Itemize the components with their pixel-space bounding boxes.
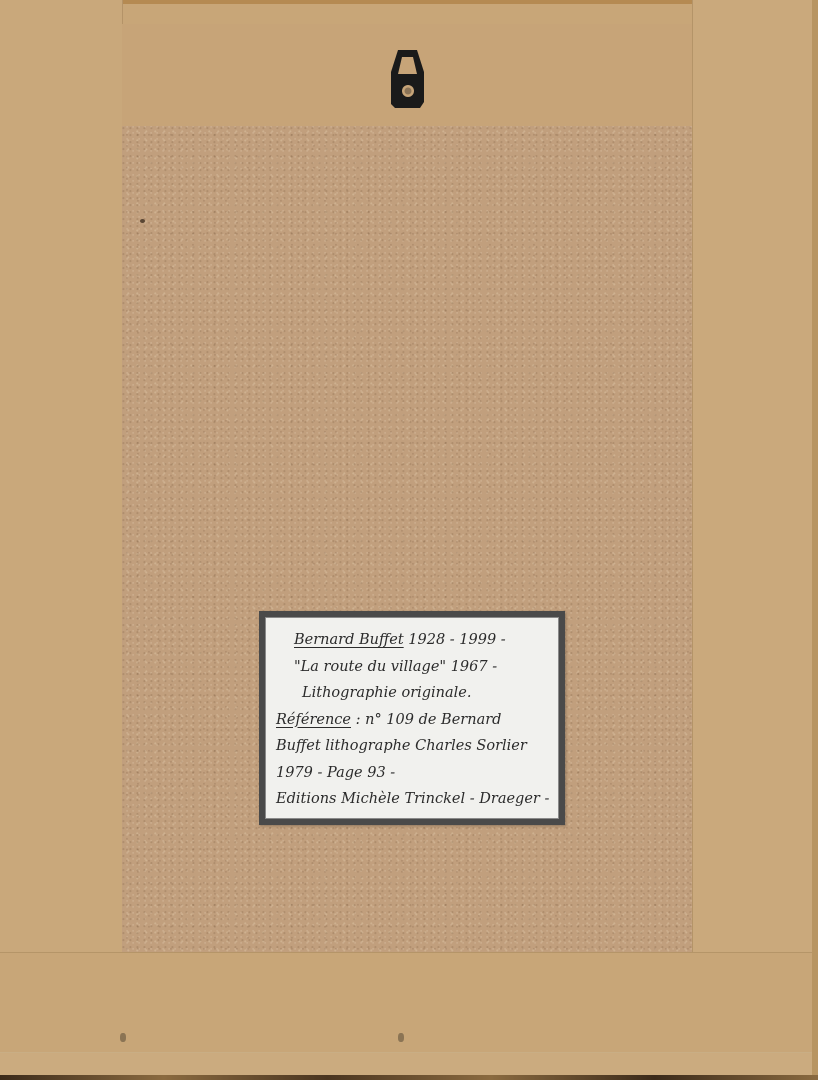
label-line-title: "La route du village" 1967 - bbox=[276, 654, 548, 681]
tape-strip-left bbox=[0, 0, 123, 1080]
tape-strip-right bbox=[692, 0, 815, 1080]
sawtooth-hanger-icon bbox=[391, 50, 425, 108]
artist-name: Bernard Buffet bbox=[294, 632, 404, 648]
dark-speck bbox=[140, 219, 145, 223]
label-line-catalogue: Buffet lithographe Charles Sorlier bbox=[276, 733, 548, 760]
tape-bottom-fold bbox=[0, 1052, 812, 1075]
label-line-artist: Bernard Buffet 1928 - 1999 - bbox=[276, 627, 548, 654]
label-line-medium: Lithographie originale. bbox=[276, 680, 548, 707]
frame-bottom-edge bbox=[0, 1075, 818, 1080]
reference-heading: Référence bbox=[276, 712, 351, 728]
frame-right-edge bbox=[812, 0, 818, 1080]
label-line-publisher: Editions Michèle Trinckel - Draeger - bbox=[276, 786, 548, 813]
hardboard-backing bbox=[122, 126, 692, 952]
staple-mark bbox=[398, 1033, 404, 1042]
staple-mark bbox=[120, 1033, 126, 1042]
label-line-reference: Référence : n° 109 de Bernard bbox=[276, 707, 548, 734]
label-line-year-page: 1979 - Page 93 - bbox=[276, 760, 548, 787]
reference-text: : n° 109 de Bernard bbox=[356, 712, 502, 728]
label-paper: Bernard Buffet 1928 - 1999 - "La route d… bbox=[265, 617, 559, 819]
provenance-label: Bernard Buffet 1928 - 1999 - "La route d… bbox=[259, 611, 565, 825]
artist-dates: 1928 - 1999 - bbox=[408, 632, 505, 648]
